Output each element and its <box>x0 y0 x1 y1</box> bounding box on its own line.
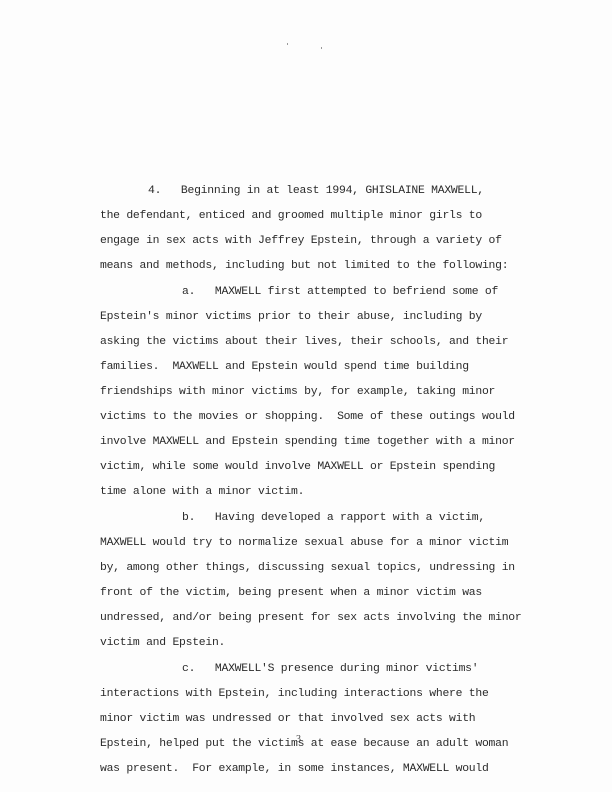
paragraph-4-line: 4. Beginning in at least 1994, GHISLAINE… <box>148 184 484 198</box>
subparagraph-b-line: by, among other things, discussing sexua… <box>100 561 515 575</box>
subparagraph-b-line: front of the victim, being present when … <box>100 586 482 600</box>
page-number: 3 <box>296 734 301 745</box>
subparagraph-c-line: was present. For example, in some instan… <box>100 762 489 776</box>
subparagraph-a-line: Epstein's minor victims prior to their a… <box>100 310 482 324</box>
paragraph-4-line: the defendant, enticed and groomed multi… <box>100 209 482 223</box>
subparagraph-b-line: b. Having developed a rapport with a vic… <box>182 511 485 525</box>
subparagraph-b-line: MAXWELL would try to normalize sexual ab… <box>100 536 508 550</box>
paragraph-4-line: engage in sex acts with Jeffrey Epstein,… <box>100 234 502 248</box>
subparagraph-b-line: victim and Epstein. <box>100 636 225 650</box>
paragraph-4-line: means and methods, including but not lim… <box>100 259 508 273</box>
subparagraph-c-line: interactions with Epstein, including int… <box>100 687 489 701</box>
subparagraph-b-line: undressed, and/or being present for sex … <box>100 611 521 625</box>
subparagraph-a-line: families. MAXWELL and Epstein would spen… <box>100 360 469 374</box>
subparagraph-c-line: Epstein, helped put the victims at ease … <box>100 737 508 751</box>
subparagraph-a-line: victim, while some would involve MAXWELL… <box>100 460 495 474</box>
subparagraph-a-line: friendships with minor victims by, for e… <box>100 385 495 399</box>
subparagraph-a-line: time alone with a minor victim. <box>100 485 304 499</box>
document-page: 4. Beginning in at least 1994, GHISLAINE… <box>0 0 612 792</box>
subparagraph-a-line: a. MAXWELL first attempted to befriend s… <box>182 285 498 299</box>
subparagraph-a-line: involve MAXWELL and Epstein spending tim… <box>100 435 515 449</box>
subparagraph-c-line: c. MAXWELL'S presence during minor victi… <box>182 662 478 676</box>
subparagraph-a-line: victims to the movies or shopping. Some … <box>100 410 515 424</box>
scan-speck <box>287 43 288 45</box>
subparagraph-c-line: minor victim was undressed or that invol… <box>100 712 475 726</box>
scan-speck <box>321 47 322 49</box>
subparagraph-a-line: asking the victims about their lives, th… <box>100 335 508 349</box>
